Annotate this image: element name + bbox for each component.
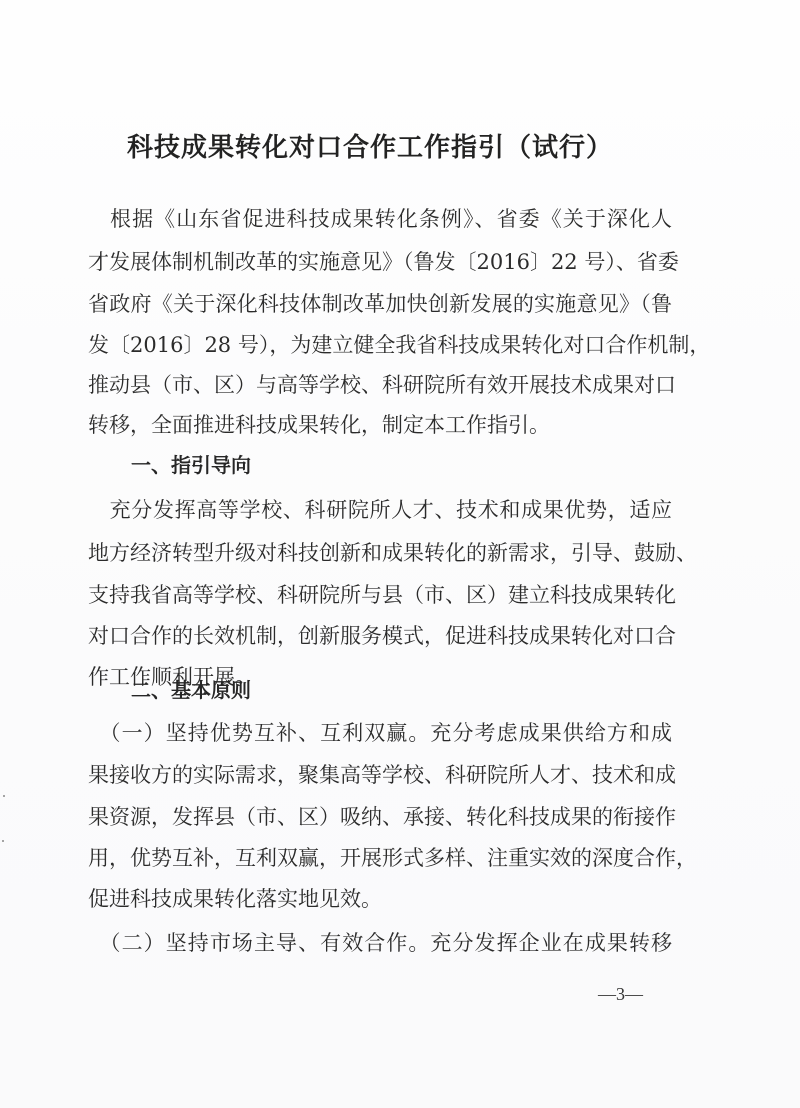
page-number: —3—	[598, 984, 643, 1005]
intro-line-6: 转移，全面推进科技成果转化，制定本工作指引。	[88, 411, 672, 439]
section-2-line-6: （二）坚持市场主导、有效合作。充分发挥企业在成果转移	[88, 929, 672, 957]
section-heading-2: 二、基本原则	[131, 676, 251, 704]
intro-line-4: 发〔2016〕28 号），为建立健全我省科技成果转化对口合作机制，	[88, 331, 672, 359]
intro-line-3: 省政府《关于深化科技体制改革加快创新发展的实施意见》（鲁	[88, 290, 672, 318]
section-1-line-3: 支持我省高等学校、科研院所与县（市、区）建立科技成果转化	[88, 581, 672, 609]
section-2-line-5: 促进科技成果转化落实地见效。	[88, 885, 672, 913]
scan-speck	[2, 840, 4, 842]
document-page: 科技成果转化对口合作工作指引（试行） 根据《山东省促进科技成果转化条例》、省委《…	[0, 0, 800, 1108]
section-2-line-1: （一）坚持优势互补、互利双赢。充分考虑成果供给方和成	[88, 719, 672, 747]
section-2-line-4: 用，优势互补，互利双赢，开展形式多样、注重实效的深度合作，	[88, 844, 672, 872]
section-1-line-4: 对口合作的长效机制，创新服务模式，促进科技成果转化对口合	[88, 622, 672, 650]
section-2-line-2: 果接收方的实际需求，聚集高等学校、科研院所人才、技术和成	[88, 761, 672, 789]
document-title: 科技成果转化对口合作工作指引（试行）	[0, 127, 740, 164]
intro-line-2: 才发展体制机制改革的实施意见》（鲁发〔2016〕22 号）、省委	[88, 248, 672, 276]
section-1-line-1: 充分发挥高等学校、科研院所人才、技术和成果优势，适应	[88, 496, 672, 524]
section-heading-1: 一、指引导向	[131, 451, 251, 479]
intro-line-5: 推动县（市、区）与高等学校、科研院所有效开展技术成果对口	[88, 371, 672, 399]
scan-speck	[3, 795, 5, 797]
section-1-line-2: 地方经济转型升级对科技创新和成果转化的新需求，引导、鼓励、	[88, 539, 672, 567]
intro-line-1: 根据《山东省促进科技成果转化条例》、省委《关于深化人	[88, 205, 672, 233]
section-2-line-3: 果资源，发挥县（市、区）吸纳、承接、转化科技成果的衔接作	[88, 803, 672, 831]
